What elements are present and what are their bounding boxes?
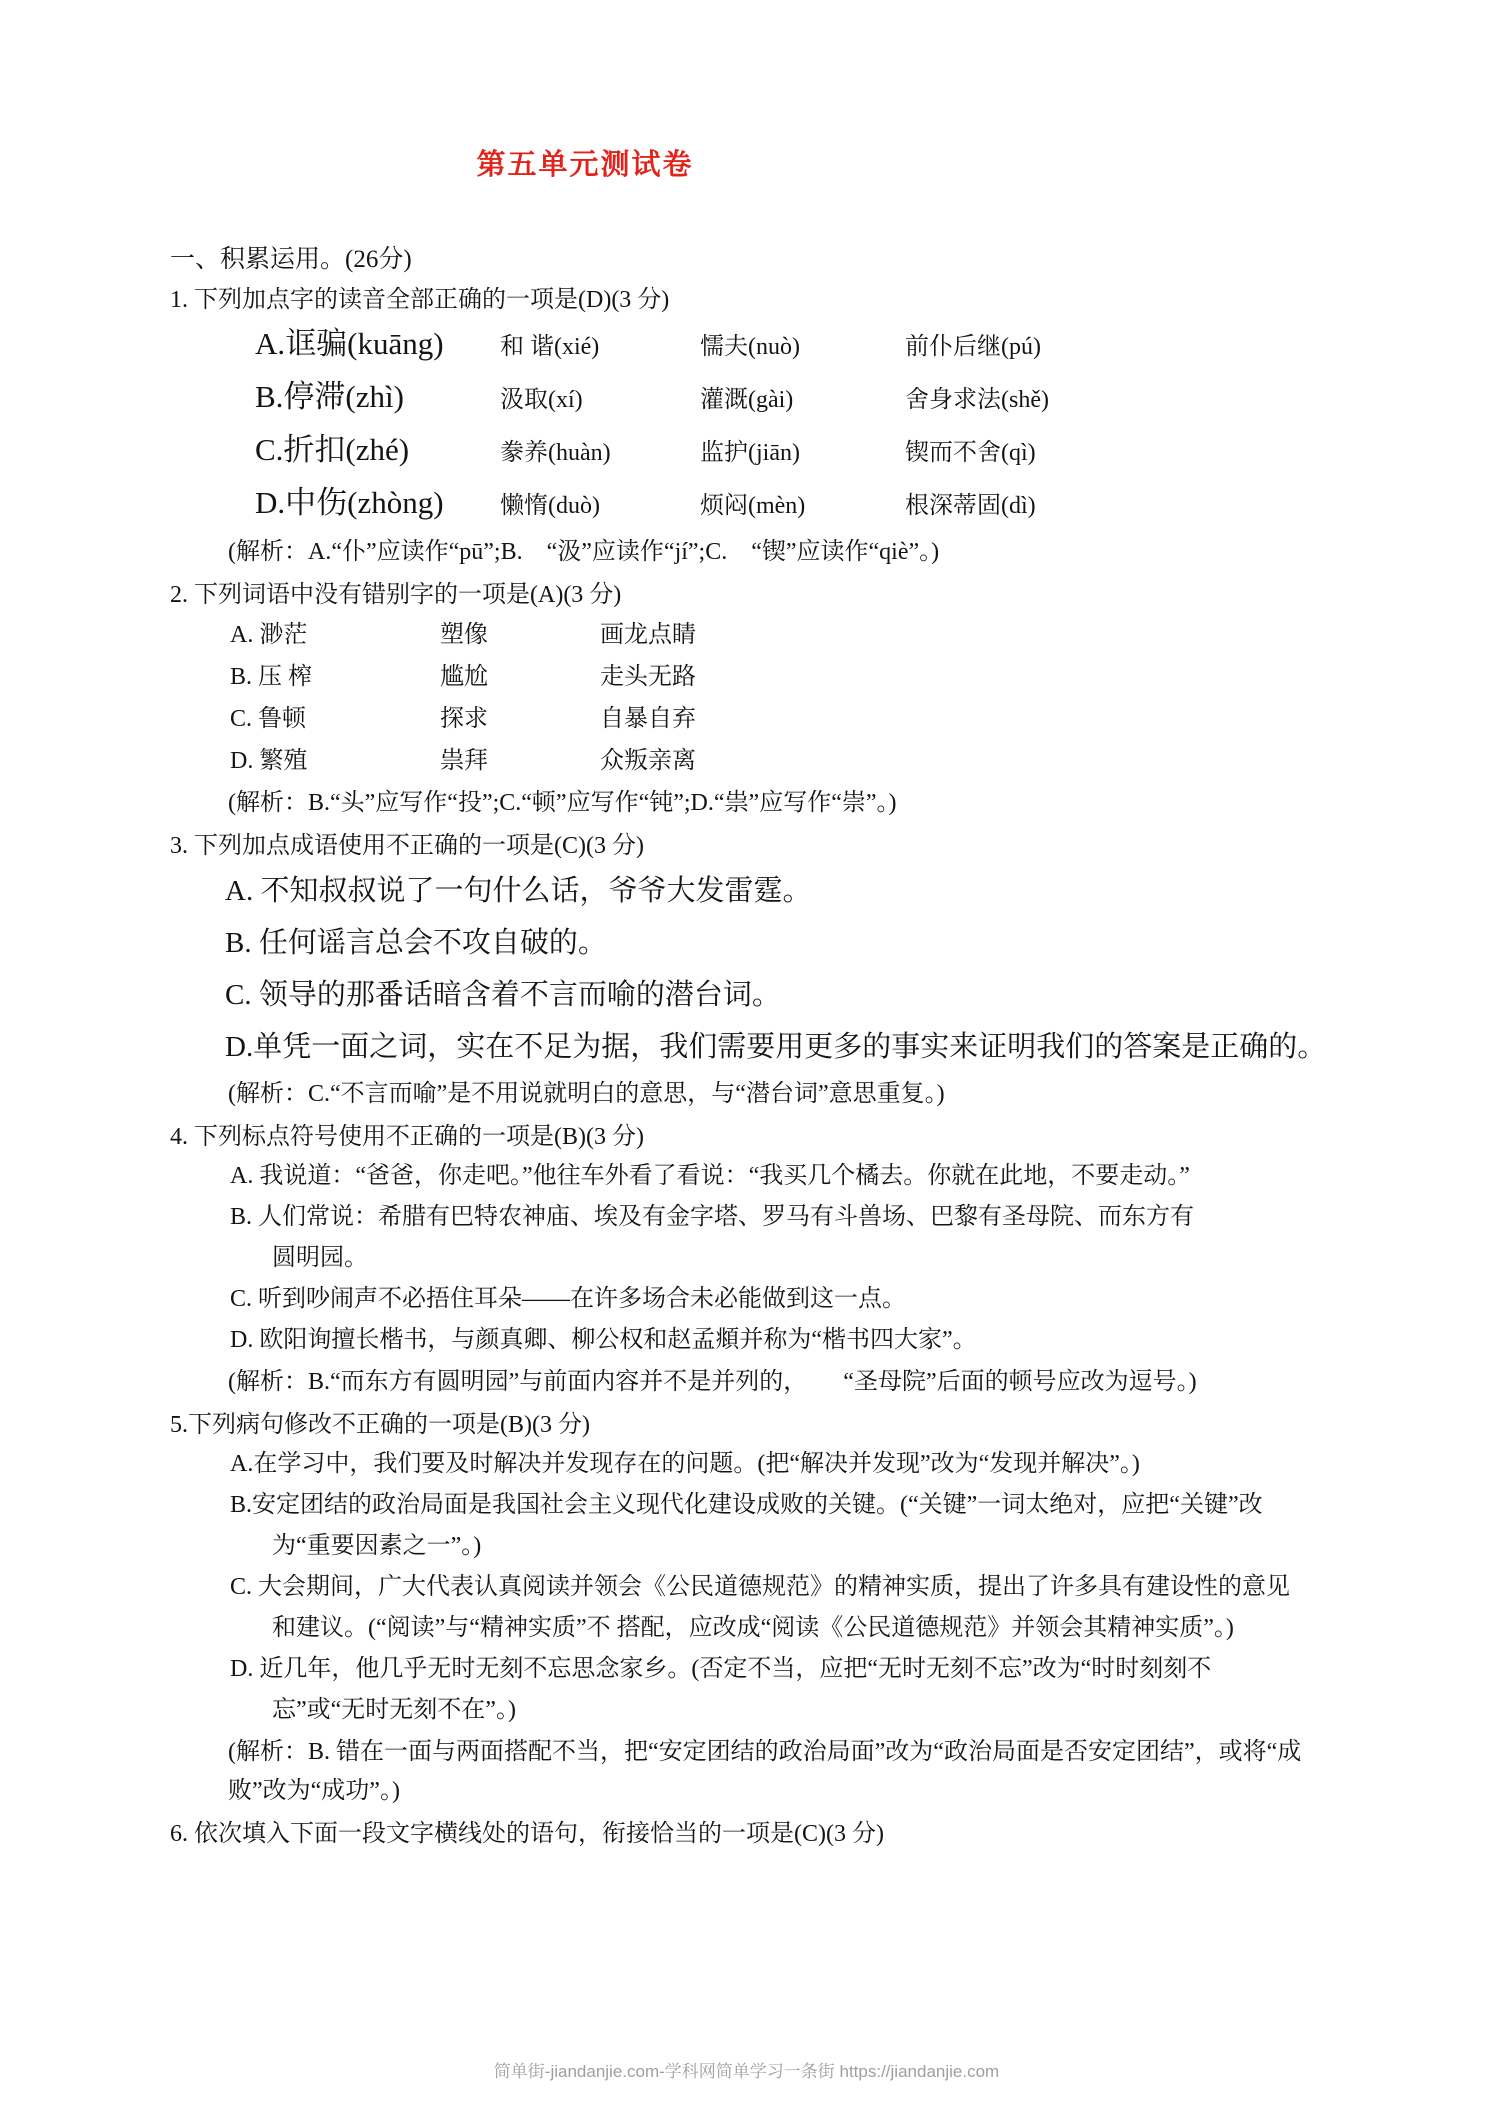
question-4-analysis: (解析：B.“而东方有圆明园”与前面内容并不是并列的， “圣母院”后面的顿号应改…	[228, 1363, 1338, 1402]
q2-row-b-term-3: 走头无路	[600, 656, 1338, 698]
q2-row-c-term-3: 自暴自弃	[600, 698, 1338, 740]
q5-option-c: C. 大会期间，广大代表认真阅读并领会《公民道德规范》的精神实质，提出了许多具有…	[230, 1567, 1302, 1649]
q5-option-b: B.安定团结的政治局面是我国社会主义现代化建设成败的关键。(“关键”一词太绝对，…	[230, 1485, 1302, 1567]
q2-row-b-term-1: B. 压 榨	[230, 656, 440, 698]
question-2-stem: 2. 下列词语中没有错别字的一项是(A)(3 分)	[170, 576, 1338, 614]
q1-row-d-term-2: 懒惰(duò)	[500, 482, 700, 531]
q4-option-d: D. 欧阳询擅长楷书，与颜真卿、柳公权和赵孟頫并称为“楷书四大家”。	[230, 1320, 1202, 1361]
q1-row-b-term-3: 灌溉(gài)	[700, 376, 905, 425]
question-4: 4. 下列标点符号使用不正确的一项是(B)(3 分) A. 我说道：“爸爸，你走…	[170, 1118, 1338, 1402]
q2-row-b-term-2: 尴尬	[440, 656, 600, 698]
q2-row-d-term-2: 祟拜	[440, 740, 600, 782]
question-3-stem: 3. 下列加点成语使用不正确的一项是(C)(3 分)	[170, 827, 1338, 865]
page-title: 第五单元测试卷	[170, 142, 1000, 183]
question-1: 1. 下列加点字的读音全部正确的一项是(D)(3 分) A.诓骗(kuāng) …	[170, 281, 1338, 572]
question-1-options: A.诓骗(kuāng) 和 谐(xié) 懦夫(nuò) 前仆后继(pú) B.…	[255, 319, 1338, 531]
q5-option-a: A.在学习中，我们要及时解决并发现存在的问题。(把“解决并发现”改为“发现并解决…	[230, 1444, 1302, 1485]
q1-row-d-term-4: 根深蒂固(dì)	[905, 482, 1338, 531]
question-6: 6. 依次填入下面一段文字横线处的语句，衔接恰当的一项是(C)(3 分)	[170, 1815, 1338, 1853]
q3-option-c: C. 领导的那番话暗含着不言而喻的潜台词。	[225, 969, 1338, 1021]
question-6-stem: 6. 依次填入下面一段文字横线处的语句，衔接恰当的一项是(C)(3 分)	[170, 1815, 1338, 1853]
question-2: 2. 下列词语中没有错别字的一项是(A)(3 分) A. 渺茫 塑像 画龙点睛 …	[170, 576, 1338, 823]
q5-option-d: D. 近几年，他几乎无时无刻不忘思念家乡。(否定不当，应把“无时无刻不忘”改为“…	[230, 1649, 1302, 1731]
q3-option-a: A. 不知叔叔说了一句什么话，爷爷大发雷霆。	[225, 865, 1338, 917]
q3-option-d: D.单凭一面之词，实在不足为据，我们需要用更多的事实来证明我们的答案是正确的。	[225, 1021, 1338, 1073]
question-5-stem: 5.下列病句修改不正确的一项是(B)(3 分)	[170, 1406, 1338, 1444]
question-2-options: A. 渺茫 塑像 画龙点睛 B. 压 榨 尴尬 走头无路 C. 鲁顿 探求 自暴…	[230, 614, 1338, 782]
question-5-analysis: (解析：B. 错在一面与两面搭配不当，把“安定团结的政治局面”改为“政治局面是否…	[228, 1733, 1338, 1811]
q1-row-c-term-2: 豢养(huàn)	[500, 429, 700, 478]
q1-row-b-term-1: B.停滞(zhì)	[255, 372, 500, 421]
question-1-analysis: (解析：A.“仆”应读作“pū”;B. “汲”应读作“jí”;C. “锲”应读作…	[228, 533, 1338, 572]
question-2-analysis: (解析：B.“头”应写作“投”;C.“顿”应写作“钝”;D.“祟”应写作“崇”。…	[228, 784, 1338, 823]
q1-row-d-term-3: 烦闷(mèn)	[700, 482, 905, 531]
paper-content: 第五单元测试卷 一、积累运用。(26分) 1. 下列加点字的读音全部正确的一项是…	[170, 142, 1338, 1853]
q2-row-c-term-1: C. 鲁顿	[230, 698, 440, 740]
question-4-stem: 4. 下列标点符号使用不正确的一项是(B)(3 分)	[170, 1118, 1338, 1156]
q1-row-c-term-1: C.折扣(zhé)	[255, 425, 500, 474]
question-5: 5.下列病句修改不正确的一项是(B)(3 分) A.在学习中，我们要及时解决并发…	[170, 1406, 1338, 1811]
q1-row-b-term-2: 汲取(xí)	[500, 376, 700, 425]
section-heading: 一、积累运用。(26分)	[170, 241, 1338, 279]
q1-row-d-term-1: D.中伤(zhòng)	[255, 478, 500, 527]
q4-option-b: B. 人们常说：希腊有巴特农神庙、埃及有金字塔、罗马有斗兽场、巴黎有圣母院、而东…	[230, 1197, 1202, 1279]
q1-row-a-term-2: 和 谐(xié)	[500, 323, 700, 372]
q2-row-c-term-2: 探求	[440, 698, 600, 740]
question-3: 3. 下列加点成语使用不正确的一项是(C)(3 分) A. 不知叔叔说了一句什么…	[170, 827, 1338, 1114]
q1-row-a-term-1: A.诓骗(kuāng)	[255, 319, 500, 368]
footer-watermark: 简单街-jiandanjie.com-学科网简单学习一条街 https://ji…	[0, 2057, 1493, 2082]
question-3-analysis: (解析：C.“不言而喻”是不用说就明白的意思，与“潜台词”意思重复。)	[228, 1075, 1338, 1114]
q2-row-d-term-1: D. 繁殖	[230, 740, 440, 782]
question-1-stem: 1. 下列加点字的读音全部正确的一项是(D)(3 分)	[170, 281, 1338, 319]
q1-row-a-term-4: 前仆后继(pú)	[905, 323, 1338, 372]
q2-row-a-term-2: 塑像	[440, 614, 600, 656]
q1-row-b-term-4: 舍身求法(shě)	[905, 376, 1338, 425]
q2-row-d-term-3: 众叛亲离	[600, 740, 1338, 782]
q3-option-b: B. 任何谣言总会不攻自破的。	[225, 917, 1338, 969]
q2-row-a-term-1: A. 渺茫	[230, 614, 440, 656]
q1-row-c-term-4: 锲而不舍(qì)	[905, 429, 1338, 478]
q1-row-a-term-3: 懦夫(nuò)	[700, 323, 905, 372]
q4-option-c: C. 听到吵闹声不必捂住耳朵——在许多场合未必能做到这一点。	[230, 1279, 1202, 1320]
q2-row-a-term-3: 画龙点睛	[600, 614, 1338, 656]
q4-option-a: A. 我说道：“爸爸，你走吧。”他往车外看了看说：“我买几个橘去。你就在此地，不…	[230, 1156, 1202, 1197]
q1-row-c-term-3: 监护(jiān)	[700, 429, 905, 478]
